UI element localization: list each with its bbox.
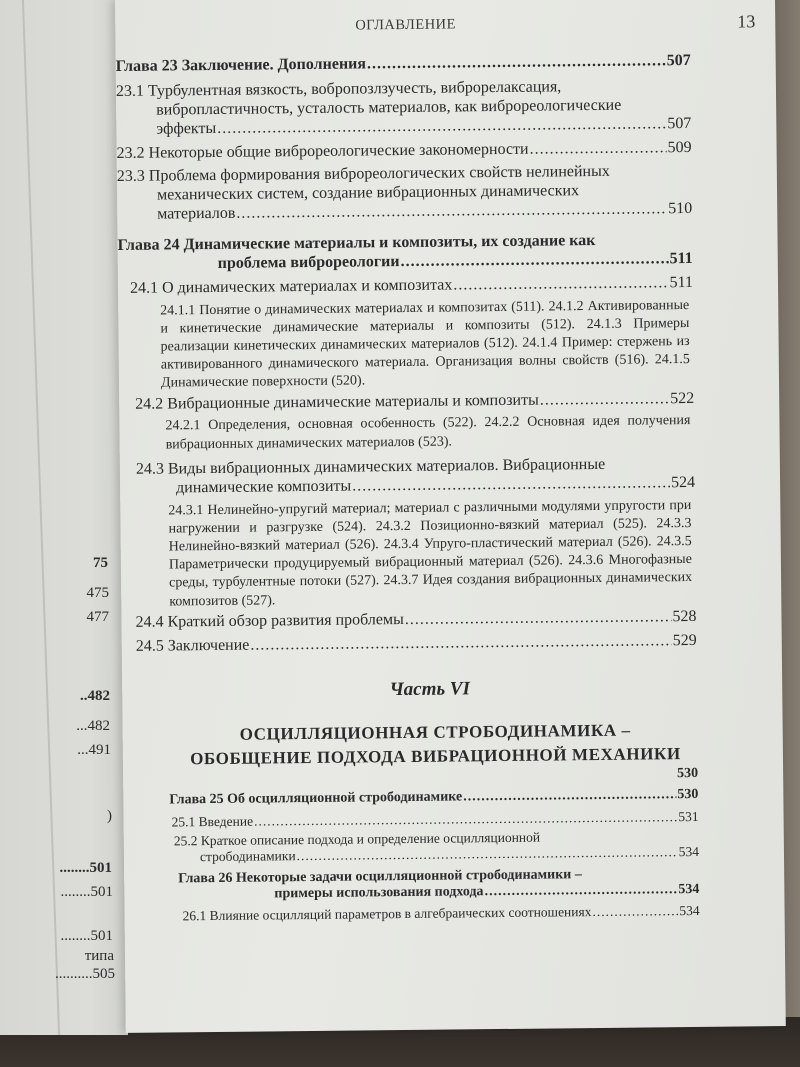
- page-ref: 534: [679, 903, 699, 919]
- left-page-fragment: ........501: [61, 928, 114, 945]
- page-ref: 529: [673, 632, 697, 651]
- left-page-fragment: ........501: [61, 884, 114, 901]
- page-number: 13: [737, 11, 755, 32]
- page-curve: [22, 0, 60, 1035]
- left-page-fragment: 475: [87, 585, 110, 602]
- page-ref: 510: [668, 200, 692, 219]
- page-ref: 530: [677, 766, 698, 783]
- toc-section-24-5[interactable]: 24.5 Заключение 529: [122, 632, 697, 657]
- toc-section-23-2[interactable]: 23.2 Некоторые общие виброреологические …: [117, 138, 692, 163]
- table-of-contents: Глава 23 Заключение. Дополнения 507 23.1…: [116, 52, 700, 925]
- page-ref: 511: [669, 274, 693, 293]
- toc-section-25-2[interactable]: 25.2 Краткое описание подхода и определе…: [124, 828, 699, 866]
- left-page-fragment: ..482: [80, 688, 110, 705]
- toc-chapter-25[interactable]: Глава 25 Об осцилляционной стрободинамик…: [123, 786, 698, 809]
- toc-section-24-3[interactable]: 24.3 Виды вибрационных динамических мате…: [120, 455, 695, 499]
- left-page-fragment: ..........505: [55, 966, 115, 983]
- toc-section-23-1[interactable]: 23.1 Турбулентная вязкость, вобропозлзуч…: [116, 77, 692, 140]
- left-page-fragment: типа: [85, 948, 114, 965]
- toc-section-23-3[interactable]: 23.3 Проблема формирования виброреологич…: [117, 162, 693, 225]
- page-ref: 531: [678, 809, 698, 825]
- left-page-fragment: 75: [93, 555, 108, 572]
- toc-section-24-2[interactable]: 24.2 Вибрационные динамические материалы…: [119, 390, 694, 415]
- page-ref: 522: [670, 390, 694, 409]
- left-page: 75475477..482...482...491)........501...…: [0, 0, 128, 1035]
- toc-subsections-24-1: 24.1.1 Понятие о динамических материалах…: [118, 297, 694, 394]
- toc-chapter-26[interactable]: Глава 26 Некоторые задачи осцилляционной…: [124, 866, 699, 905]
- page-ref: 530: [677, 786, 698, 803]
- page-ref: 534: [679, 844, 699, 860]
- running-title: ОГЛАВЛЕНИЕ: [355, 16, 456, 34]
- part-title: Часть VI: [122, 676, 697, 704]
- page-ref: 507: [667, 115, 691, 134]
- toc-section-24-1[interactable]: 24.1 О динамических материалах и компози…: [118, 274, 693, 299]
- page-ref: 509: [667, 138, 691, 157]
- page-header: ОГЛАВЛЕНИЕ 13: [115, 11, 775, 42]
- left-page-fragment: ........501: [60, 860, 113, 877]
- left-page-fragment: 477: [87, 609, 110, 626]
- left-page-fragment: ...491: [77, 742, 111, 759]
- toc-section-25-1[interactable]: 25.1 Введение 531: [124, 809, 699, 831]
- toc-chapter-24[interactable]: Глава 24 Динамические материалы и композ…: [117, 231, 692, 275]
- page-ref: 511: [670, 250, 693, 269]
- page-ref: 528: [672, 608, 696, 627]
- left-page-fragment: ): [107, 808, 112, 825]
- book-page: ОГЛАВЛЕНИЕ 13 Глава 23 Заключение. Допол…: [115, 0, 786, 1033]
- page-ref: 524: [671, 474, 695, 493]
- left-page-fragment: ...482: [76, 718, 110, 735]
- toc-chapter-23[interactable]: Глава 23 Заключение. Дополнения 507: [116, 52, 691, 77]
- toc-section-26-1[interactable]: 26.1 Влияние осцилляций параметров в алг…: [125, 903, 700, 925]
- toc-subsections-24-3: 24.3.1 Нелинейно-упругий материал; матер…: [120, 497, 696, 612]
- page-ref: 534: [678, 882, 699, 899]
- toc-section-24-4[interactable]: 24.4 Краткий обзор развития проблемы 528: [121, 608, 696, 633]
- part-name: ОСЦИЛЛЯЦИОННАЯ СТРОБОДИНАМИКА – ОБОБЩЕНИ…: [123, 718, 698, 772]
- page-ref: 507: [667, 52, 691, 71]
- toc-subsections-24-2: 24.2.1 Определения, основная особенность…: [119, 412, 694, 454]
